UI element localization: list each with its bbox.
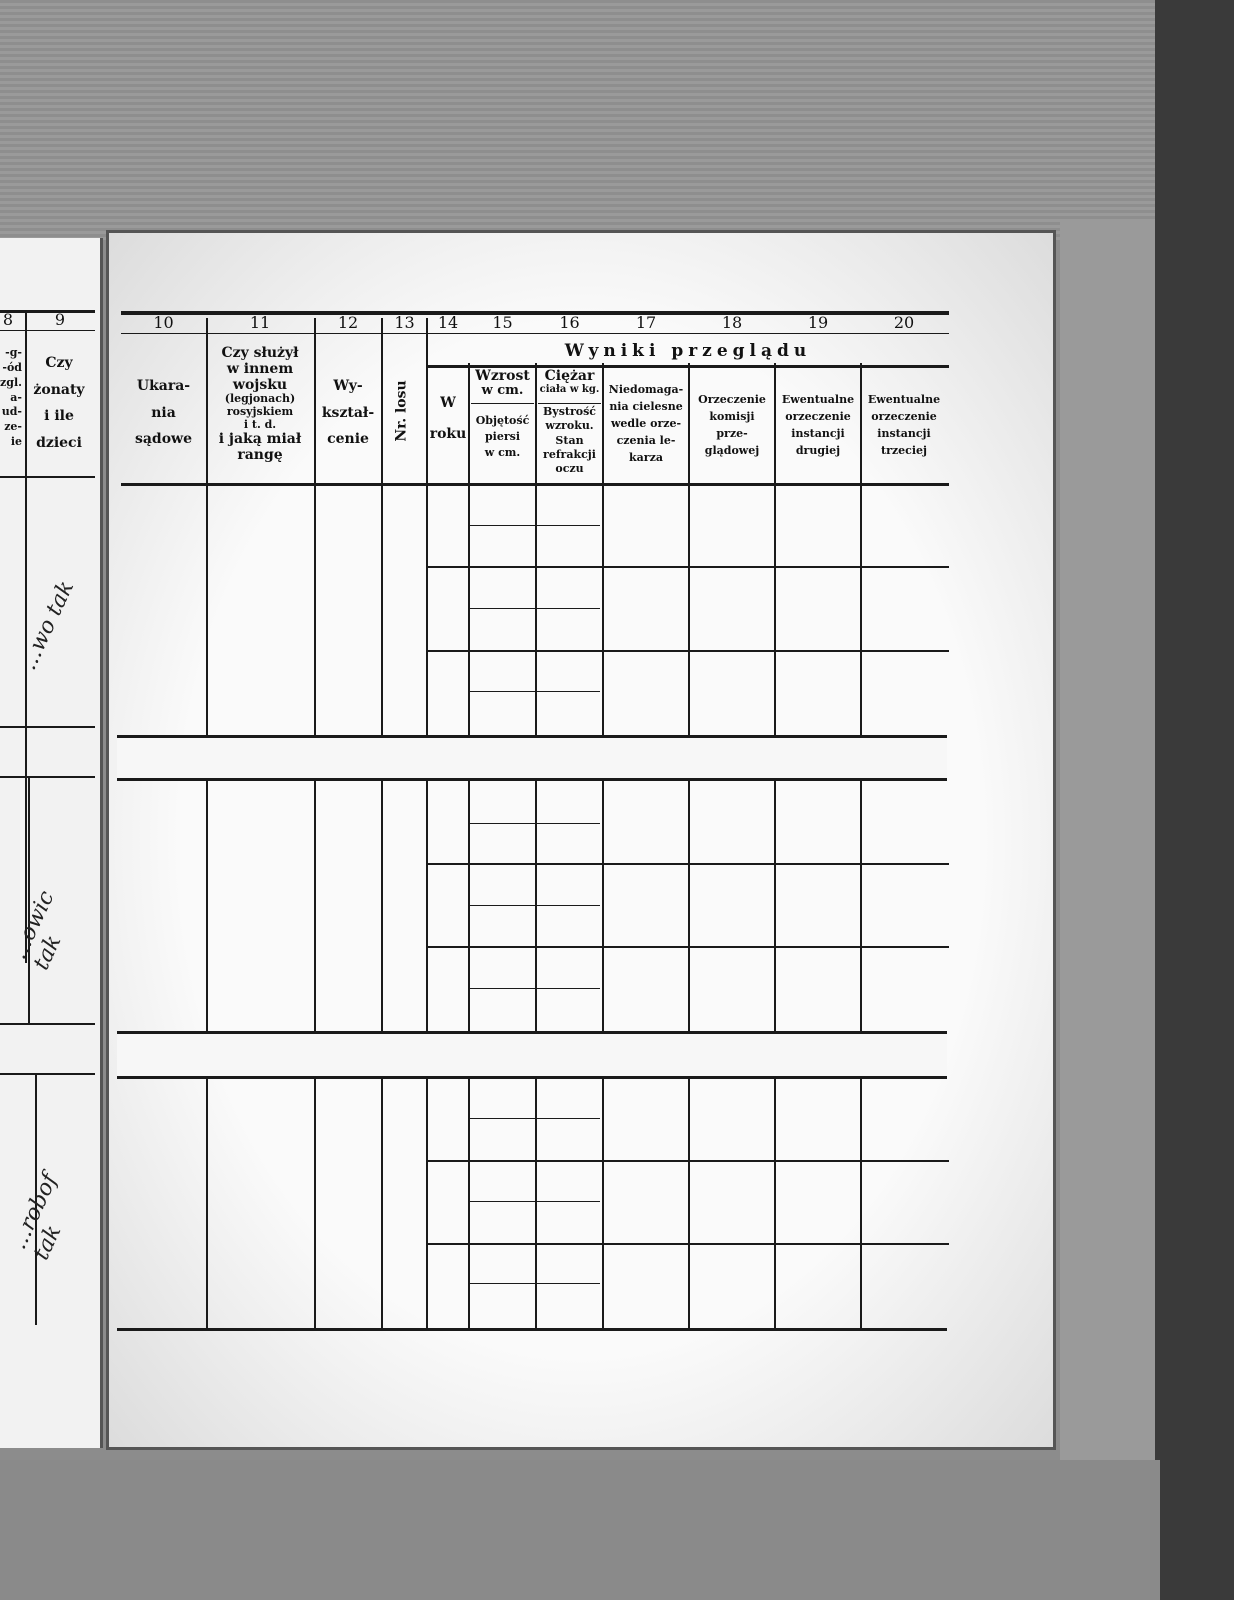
row1-sub-rule-2: [426, 650, 949, 652]
col-line-10-11: [206, 318, 208, 1328]
row3-fine-rule-1: [470, 1118, 600, 1119]
col-20-header: Ewentualneorzeczenieinstancjitrzeciej: [861, 391, 947, 459]
col-line-15-16: [535, 363, 537, 1328]
left-col-9-number: 9: [30, 310, 90, 329]
col-line-11-12: [314, 318, 316, 1328]
col-18-number: 18: [689, 313, 775, 332]
row1-fine-rule-1: [470, 525, 600, 526]
col-line-14-15: [468, 363, 470, 1328]
col-11-number: 11: [206, 313, 314, 332]
row-separator-band-2: [117, 1034, 947, 1076]
col-line-19-20: [860, 363, 862, 1328]
left-row-rule-1: [0, 726, 95, 728]
left-row-rule-4: [0, 1073, 95, 1075]
row3-sub-rule-1: [426, 1160, 949, 1162]
col-15-number: 15: [469, 313, 536, 332]
col-18-header: Orzeczeniekomisjiprze-glądowej: [689, 391, 775, 459]
col-11-header: Czy służyłw innemwojsku (legjonach)rosyj…: [206, 345, 314, 463]
background-top: [0, 0, 1234, 240]
number-row-rule: [121, 333, 949, 334]
handwriting-2: ...owic tak: [6, 862, 94, 974]
row3-top-rule: [117, 1076, 947, 1079]
col-16-number: 16: [536, 313, 603, 332]
left-col-9-header: Czy żonaty i ile dzieci: [28, 350, 90, 456]
col-line-12-13: [381, 318, 383, 1328]
col-17-header: Niedomaga-nia cielesnewedle orze-czenia …: [603, 381, 689, 466]
col-17-number: 17: [603, 313, 689, 332]
row-separator-band-1: [117, 738, 947, 780]
row2-sub-rule-1: [426, 863, 949, 865]
col-15-header-divider: [471, 403, 534, 404]
col-20-number: 20: [861, 313, 947, 332]
row1-fine-rule-3: [470, 691, 600, 692]
col-15-header-bottom: Objętośćpiersiw cm.: [469, 413, 536, 461]
row2-fine-rule-3: [470, 988, 600, 989]
col-15-header-top: Wzrostw cm.: [469, 369, 536, 399]
row3-sub-rule-2: [426, 1243, 949, 1245]
group-header-wyniki-przegladu: Wyniki przeglądu: [427, 341, 949, 361]
col-10-header: Ukara-niasądowe: [121, 373, 206, 453]
row2-fine-rule-1: [470, 823, 600, 824]
row1-sub-rule-1: [426, 566, 949, 568]
register-page: 10 11 12 13 14 15 16 17 18 19 20 Wyniki …: [106, 230, 1056, 1450]
left-row-rule-2: [0, 776, 95, 778]
col-10-number: 10: [121, 313, 206, 332]
col-line-16-17: [602, 363, 604, 1328]
background-dark-stripe: [1155, 0, 1234, 1600]
row2-top-rule: [117, 778, 947, 781]
row1-fine-rule-2: [470, 608, 600, 609]
col-16-header-bottom: Bystrośćwzroku.Stanrefrakcjioczu: [536, 405, 603, 476]
row2-sub-rule-2: [426, 946, 949, 948]
handwriting-3: ...robof tak: [6, 1152, 94, 1264]
col-19-number: 19: [775, 313, 861, 332]
col-16-header-divider: [538, 403, 601, 404]
col-13-number: 13: [382, 313, 427, 332]
left-header-bottom-rule: [0, 476, 95, 478]
col-16-header-top: Ciężarciała w kg.: [536, 369, 603, 395]
col-13-header: Nr. losu: [394, 380, 410, 441]
row3-fine-rule-3: [470, 1283, 600, 1284]
row3-bottom-rule: [117, 1328, 947, 1331]
row3-fine-rule-2: [470, 1201, 600, 1202]
col-line-18-19: [774, 363, 776, 1328]
col-12-number: 12: [314, 313, 382, 332]
col-line-13-14: [426, 318, 428, 1328]
left-page-fragment: 8 9 -g- -ód zgl. a- ud- ze- ie Czy żonat…: [0, 238, 103, 1448]
background-bottom: [0, 1460, 1160, 1600]
left-num-rule: [0, 330, 95, 331]
left-col-8-number: 8: [0, 310, 16, 329]
col-12-header: Wy-kształ-cenie: [314, 373, 382, 453]
col-19-header: Ewentualneorzeczenieinstancjidrugiej: [775, 391, 861, 459]
col-14-number: 14: [427, 313, 469, 332]
col-line-17-18: [688, 363, 690, 1328]
col-14-header: Wroku: [427, 388, 469, 450]
left-row-rule-3: [0, 1023, 95, 1025]
background-right: [1060, 220, 1160, 1600]
row2-fine-rule-2: [470, 905, 600, 906]
left-col-8-header: -g- -ód zgl. a- ud- ze- ie: [0, 346, 22, 450]
